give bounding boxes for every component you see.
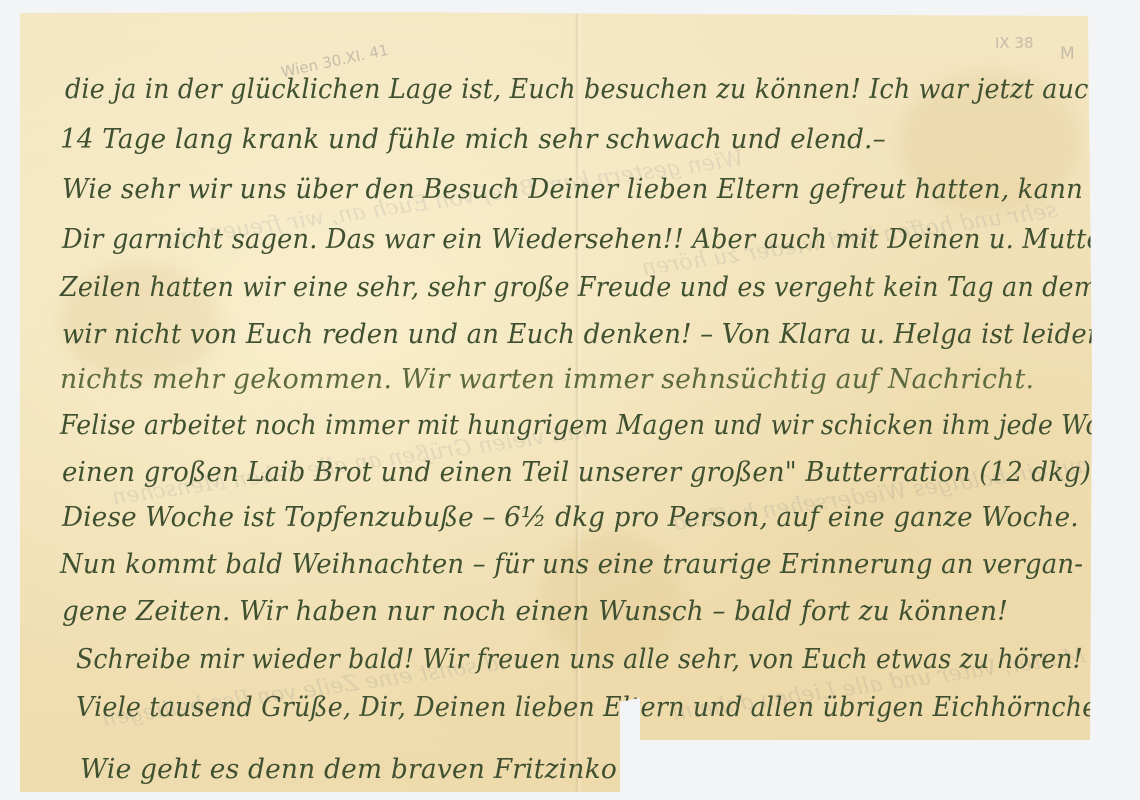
- letter-line-6: wir nicht von Euch reden und an Euch den…: [62, 319, 1100, 350]
- letter-postscript: Wie geht es denn dem braven Fritzinko?: [80, 754, 631, 785]
- letter-scan: Wien gestern kam Brief von Euch an, wir …: [0, 0, 1140, 800]
- pencil-archive-annotation: IX 38: [995, 34, 1034, 52]
- blue-ink-fragment: ~~nn~: [745, 774, 794, 789]
- letter-line-10: Diese Woche ist Topfenzubuße – 6½ dkg pr…: [62, 502, 1079, 533]
- letter-line-13: Schreibe mir wieder bald! Wir freuen uns…: [76, 644, 1083, 675]
- letter-line-11: Nun kommt bald Weihnachten – für uns ein…: [60, 549, 1083, 580]
- letter-line-9: einen großen Laib Brot und einen Teil un…: [62, 457, 1091, 488]
- letter-line-8: Felise arbeitet noch immer mit hungrigem…: [60, 410, 1140, 441]
- letter-line-14: Viele tausend Grüße, Dir, Deinen lieben …: [76, 692, 1138, 723]
- letter-signature: Erna.: [900, 757, 980, 791]
- letter-line-7: nichts mehr gekommen. Wir warten immer s…: [60, 364, 1034, 395]
- letter-line-4: Dir garnicht sagen. Das war ein Wiederse…: [62, 224, 1135, 255]
- letter-paper: Wien gestern kam Brief von Euch an, wir …: [20, 12, 1092, 792]
- letter-line-3: Wie sehr wir uns über den Besuch Deiner …: [62, 174, 1132, 205]
- letter-line-2: 14 Tage lang krank und fühle mich sehr s…: [60, 124, 886, 155]
- letter-line-1: die ja in der glücklichen Lage ist, Euch…: [65, 74, 1140, 105]
- letter-line-5: Zeilen hatten wir eine sehr, sehr große …: [60, 272, 1098, 303]
- pencil-corner-mark: M: [1060, 44, 1075, 64]
- letter-closing: Deine: [810, 742, 896, 776]
- letter-line-12: gene Zeiten. Wir haben nur noch einen Wu…: [62, 596, 1008, 627]
